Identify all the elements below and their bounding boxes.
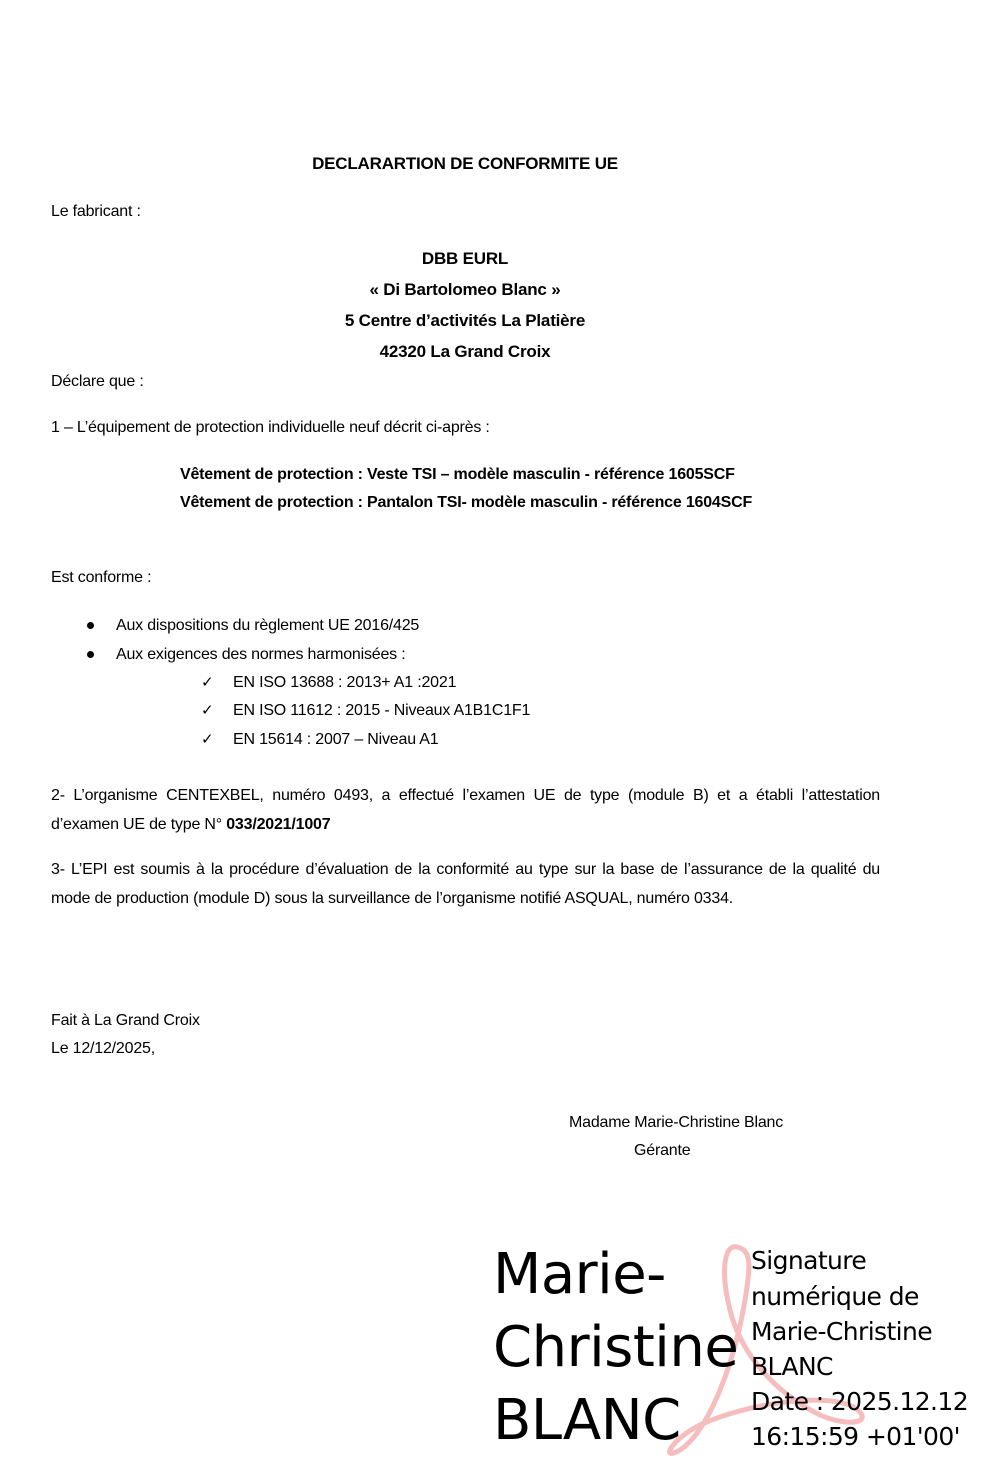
bullet-item: Aux exigences des normes harmonisées : [116,645,405,665]
section2-text: 2- L’organisme CENTEXBEL, numéro 0493, a… [51,787,880,833]
place: Fait à La Grand Croix [51,1011,200,1031]
signature-name-line: Marie- [493,1245,666,1305]
bullet-icon [87,622,94,629]
signature-name-line: Christine [493,1318,738,1378]
signatory-name: Madame Marie-Christine Blanc [569,1113,783,1133]
document-title: DECLARARTION DE CONFORMITE UE [0,154,930,174]
manufacturer-trade-name: « Di Bartolomeo Blanc » [0,280,930,300]
checkmark-icon: ✓ [201,700,214,720]
product-item: Vêtement de protection : Pantalon TSI- m… [180,493,752,513]
manufacturer-label: Le fabricant : [51,202,141,222]
manufacturer-name: DBB EURL [0,249,930,269]
standard-item: EN ISO 11612 : 2015 - Niveaux A1B1C1F1 [233,701,530,721]
section3-paragraph: 3- L’EPI est soumis à la procédure d’éva… [51,855,880,913]
section2-paragraph: 2- L’organisme CENTEXBEL, numéro 0493, a… [51,781,880,839]
signature-detail-line: numérique de [751,1279,919,1314]
signature-detail-line: Date : 2025.12.12 [751,1384,968,1419]
signature-detail-line: Marie-Christine [751,1314,932,1349]
signature-name-line: BLANC [493,1391,681,1451]
section1-intro: 1 – L’équipement de protection individue… [51,418,490,438]
signature-detail-line: 16:15:59 +01'00' [751,1419,960,1454]
manufacturer-address-line1: 5 Centre d’activités La Platière [0,311,930,331]
bullet-item: Aux dispositions du règlement UE 2016/42… [116,616,419,636]
declares-label: Déclare que : [51,372,144,392]
checkmark-icon: ✓ [201,729,214,749]
manufacturer-address-line2: 42320 La Grand Croix [0,342,930,362]
standard-item: EN 15614 : 2007 – Niveau A1 [233,730,438,750]
product-item: Vêtement de protection : Veste TSI – mod… [180,465,735,485]
date: Le 12/12/2025, [51,1039,155,1059]
signature-detail-line: BLANC [751,1349,833,1384]
signatory-role: Gérante [634,1141,690,1161]
checkmark-icon: ✓ [201,672,214,692]
signature-detail-line: Signature [751,1243,866,1278]
standard-item: EN ISO 13688 : 2013+ A1 :2021 [233,673,456,693]
bullet-icon [87,651,94,658]
certificate-number: 033/2021/1007 [226,816,330,833]
conforms-label: Est conforme : [51,568,151,588]
